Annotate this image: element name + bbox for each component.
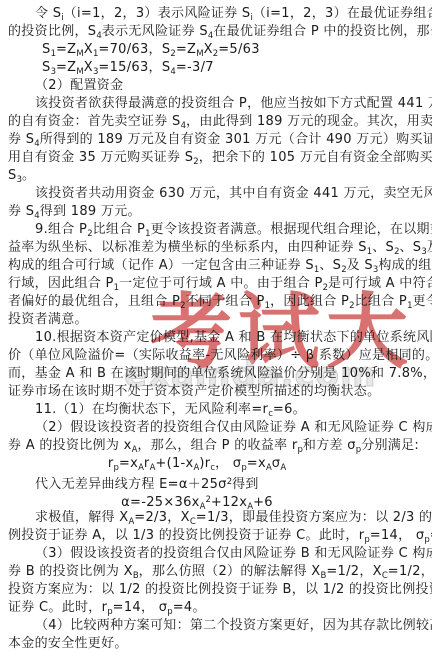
text-line: rp=xArA+(1-xA)rc， σp=xAσA — [8, 455, 426, 473]
text-line: α=-25×36xA2+12xA+6 — [8, 491, 426, 509]
text-line: 构成的组合可行域（记作 A）一定包含由三种证券 S1、S2及 S3构成的组合可 — [8, 257, 426, 275]
text-line: S3。 — [8, 167, 426, 185]
text-line: 者偏好的最优组合，且组合 P2不同于组合 P1，因此组合 P2比组合 P1更令该 — [8, 293, 426, 311]
text-line: 的自有资金：首先卖空证券 S4，由此得到 189 万元的现金。其次，用卖空证 — [8, 113, 426, 131]
text-line: 证券 C。此时，rp=14， σp=4。 — [8, 599, 426, 617]
text-line: 11.（1）在均衡状态下，无风险利率=rc=6。 — [8, 401, 426, 419]
text-line: 券 B 的投资比例为 XB，那么仿照（2）的解法解得 XB=1/2，XC=1/2… — [8, 563, 426, 581]
text-line: 益率为纵坐标、以标准差为横坐标的坐标系内，由四种证券 S1、S2、S3及 S4 — [8, 239, 426, 257]
text-line: 用自有资金 35 万元购买证券 S2，把余下的 105 万元自有资金全部购买证券 — [8, 149, 426, 167]
document-body: 令 Si（i=1，2，3）表示风险证券 Si（i=1，2，3）在最优证券组合 P… — [0, 0, 432, 652]
text-line: 求极值，解得 XA=2/3，XC=1/3，即最佳投资方案应为：以 2/3 的投资… — [8, 509, 426, 527]
text-line: （3）假设该投资者的投资组合仅由风险证券 B 和无风险证券 C 构成, 证 — [8, 545, 426, 563]
text-line: 的投资比例，S4表示无风险证券 S4在最优证券组合 P 中的投资比例，那么 — [8, 23, 426, 41]
text-line: 而，基金 A 和 B 在该时期间的单位系统风险溢价分别是 10%和 7.8%，可… — [8, 365, 426, 383]
text-line: 代入无差异曲线方程 E=α＋25σ2得到 — [8, 473, 426, 491]
text-line: S3=ZMX3=15/63，S4=-3/7 — [8, 59, 426, 77]
text-line: 证券市场在该时期不处于资本资产定价模型所描述的均衡状态。 — [8, 383, 426, 401]
text-line: 例投资于证券 A，以 1/3 的投资比例投资于证券 C。此时，rp=14， σp… — [8, 527, 426, 545]
text-line: 投资者满意。 — [8, 311, 426, 329]
text-line: 行域，因此组合 P1一定位于可行域 A 中。由于组合 P2是可行域 A 中符合投… — [8, 275, 426, 293]
text-line: 9.组合 P2比组合 P1更令该投资者满意。根据现代组合理论，在以期望收 — [8, 221, 426, 239]
text-line: S1=ZMX1=70/63，S2=ZMX2=5/63 — [8, 41, 426, 59]
text-line: 10.根据资本资产定价模型,基金 A 和 B 在均衡状态下的单位系统风险溢 — [8, 329, 426, 347]
text-line: 券 A 的投资比例为 xA，那么，组合 P 的收益率 rp和方差 σp分别满足: — [8, 437, 426, 455]
text-line: 券 S4得到 189 万元。 — [8, 203, 426, 221]
text-line: 该投资者欲获得最满意的投资组合 P，他应当按如下方式配置 441 万元 — [8, 95, 426, 113]
text-line: 本金的安全性更好。 — [8, 635, 426, 652]
text-line: （4）比较两种方案可知：第二个投资方案更好，因为其存款比例较高， — [8, 617, 426, 635]
text-line: 券 S4所得到的 189 万元及自有资金 301 万元（合计 490 万元）购买… — [8, 131, 426, 149]
text-line: 该投资者共动用资金 630 万元，其中自有资金 441 万元，卖空无风险证 — [8, 185, 426, 203]
text-line: 投资方案应为：以 1/2 的投资比例投资于证券 B，以 1/2 的投资比例投资于 — [8, 581, 426, 599]
text-line: 令 Si（i=1，2，3）表示风险证券 Si（i=1，2，3）在最优证券组合 P… — [8, 5, 426, 23]
text-line: （2）假设该投资者的投资组合仅由风险证券 A 和无风险证券 C 构成, 证 — [8, 419, 426, 437]
solution-page: 考试大 examda.com 令 Si（i=1，2，3）表示风险证券 Si（i=… — [0, 0, 432, 652]
text-line: （2）配置资金 — [8, 77, 426, 95]
text-line: 价（单位风险溢价=（实际收益率-无风险利率）÷ β 系数）应是相同的。然 — [8, 347, 426, 365]
